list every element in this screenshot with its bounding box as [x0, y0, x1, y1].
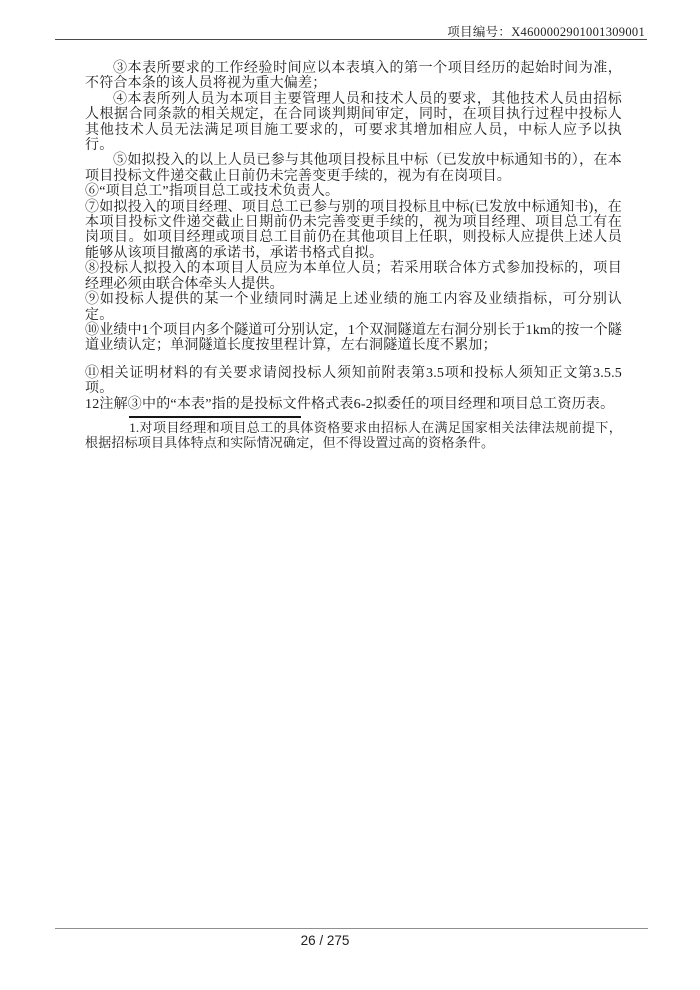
paragraph-note-8: ⑧投标人拟投入的本项目人员应为本单位人员；若采用联合体方式参加投标的，项目经理必…	[85, 261, 622, 292]
paragraph-note-5: ⑤如拟投入的以上人员已参与其他项目投标且中标（已发放中标通知书的），在本项目投标…	[85, 153, 622, 184]
paragraph-note-7: ⑦如拟投入的项目经理、项目总工已参与别的项目投标且中标(已发放中标通知书)，在本…	[85, 200, 622, 262]
paragraph-note-11: ⑪相关证明材料的有关要求请阅投标人须知前附表第3.5项和投标人须知正文第3.5.…	[85, 366, 622, 397]
header-rule	[55, 39, 647, 40]
paragraph-note-3: ③本表所要求的工作经验时间应以本表填入的第一个项目经历的起始时间为准，不符合本条…	[85, 61, 622, 92]
paragraph-note-6: ⑥“项目总工”指项目总工或技术负责人。	[85, 184, 622, 199]
paragraph-note-4: ④本表所列人员为本项目主要管理人员和技术人员的要求，其他技术人员由招标人根据合同…	[85, 92, 622, 154]
footer-rule	[55, 928, 648, 929]
project-number: 项目编号：X4600002901001309001	[447, 25, 645, 39]
footnote-text: 1.对项目经理和项目总工的具体资格要求由招标人在满足国家相关法律法规前提下，根据…	[85, 420, 622, 451]
document-page: 项目编号：X4600002901001309001 ③本表所要求的工作经验时间应…	[0, 0, 700, 990]
footnote-separator	[129, 416, 301, 418]
page-header: 项目编号：X4600002901001309001	[55, 22, 645, 40]
paragraph-note-12: 12注解③中的“本表”指的是投标文件格式表6-2拟委任的项目经理和项目总工资历表…	[85, 397, 622, 412]
paragraph-note-10: ⑩业绩中1个项目内多个隧道可分别认定，1个双洞隧道左右洞分别长于1km的按一个隧…	[85, 323, 622, 354]
page-number: 26 / 275	[55, 933, 595, 948]
paragraph-note-9: ⑨如投标人提供的某一个业绩同时满足上述业绩的施工内容及业绩指标，可分别认定。	[85, 292, 622, 323]
document-body: ③本表所要求的工作经验时间应以本表填入的第一个项目经历的起始时间为准，不符合本条…	[85, 61, 622, 451]
blank-line-spacer	[85, 354, 622, 366]
